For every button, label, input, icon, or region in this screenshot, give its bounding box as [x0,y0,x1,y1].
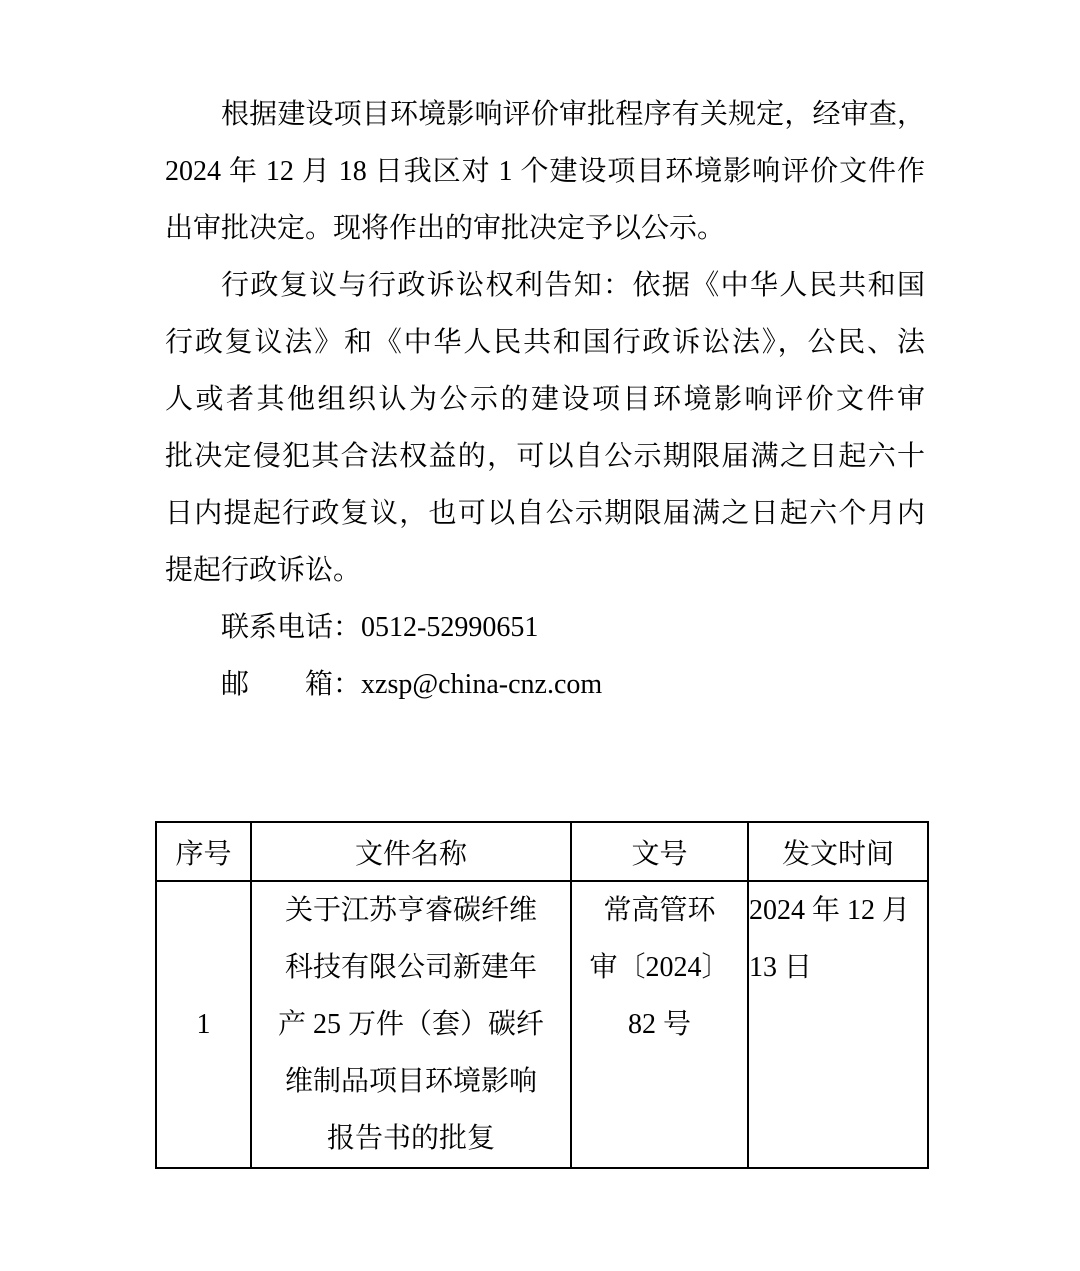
paragraph-line: 行政复议法》和《中华人民共和国行政诉讼法》，公民、法 [165,314,925,371]
paragraph-line: 日内提起行政复议，也可以自公示期限届满之日起六个月内 [165,485,925,542]
paragraph-line: 批决定侵犯其合法权益的，可以自公示期限届满之日起六十 [165,428,925,485]
contact-phone-line: 联系电话：0512-52990651 [165,599,925,656]
table-cell-file-name: 关于江苏亨睿碳纤维 科技有限公司新建年 产 25 万件（套）碳纤 维制品项目环境… [251,881,571,1168]
contact-phone-label: 联系电话： [221,612,361,643]
paragraph-line: 人或者其他组织认为公示的建设项目环境影响评价文件审 [165,371,925,428]
paragraph-line: 行政复议与行政诉讼权利告知：依据《中华人民共和国 [165,257,925,314]
table-cell-doc-number: 常高管环 审〔2024〕 82 号 [571,881,748,1168]
paragraph-line: 根据建设项目环境影响评价审批程序有关规定，经审查， [165,86,925,143]
paragraph-line: 2024 年 12 月 18 日我区对 1 个建设项目环境影响评价文件作 [165,143,925,200]
paragraph-line: 出审批决定。现将作出的审批决定予以公示。 [165,200,925,257]
paragraph-line: 提起行政诉讼。 [165,542,925,599]
contact-email-line: 邮 箱：xzsp@china-cnz.com [165,656,925,713]
table-row: 1 关于江苏亨睿碳纤维 科技有限公司新建年 产 25 万件（套）碳纤 维制品项目… [156,881,928,1168]
table-header-row: 序号 文件名称 文号 发文时间 [156,822,928,881]
table-header-doc-number: 文号 [571,822,748,881]
table-header-issue-date: 发文时间 [748,822,928,881]
contact-email-label: 邮 箱： [221,669,361,700]
contact-email-value: xzsp@china-cnz.com [361,669,602,700]
approval-documents-table: 序号 文件名称 文号 发文时间 1 关于江苏亨睿碳纤维 科技有限公司新建年 产 … [155,821,929,1169]
table-cell-seq: 1 [156,881,251,1168]
contact-phone-value: 0512-52990651 [361,612,538,643]
document-page: 根据建设项目环境影响评价审批程序有关规定，经审查， 2024 年 12 月 18… [0,0,1080,1271]
table-header-seq: 序号 [156,822,251,881]
table-header-file-name: 文件名称 [251,822,571,881]
table-cell-issue-date: 2024 年 12 月 13 日 [748,881,928,1168]
body-text: 根据建设项目环境影响评价审批程序有关规定，经审查， 2024 年 12 月 18… [165,86,925,713]
